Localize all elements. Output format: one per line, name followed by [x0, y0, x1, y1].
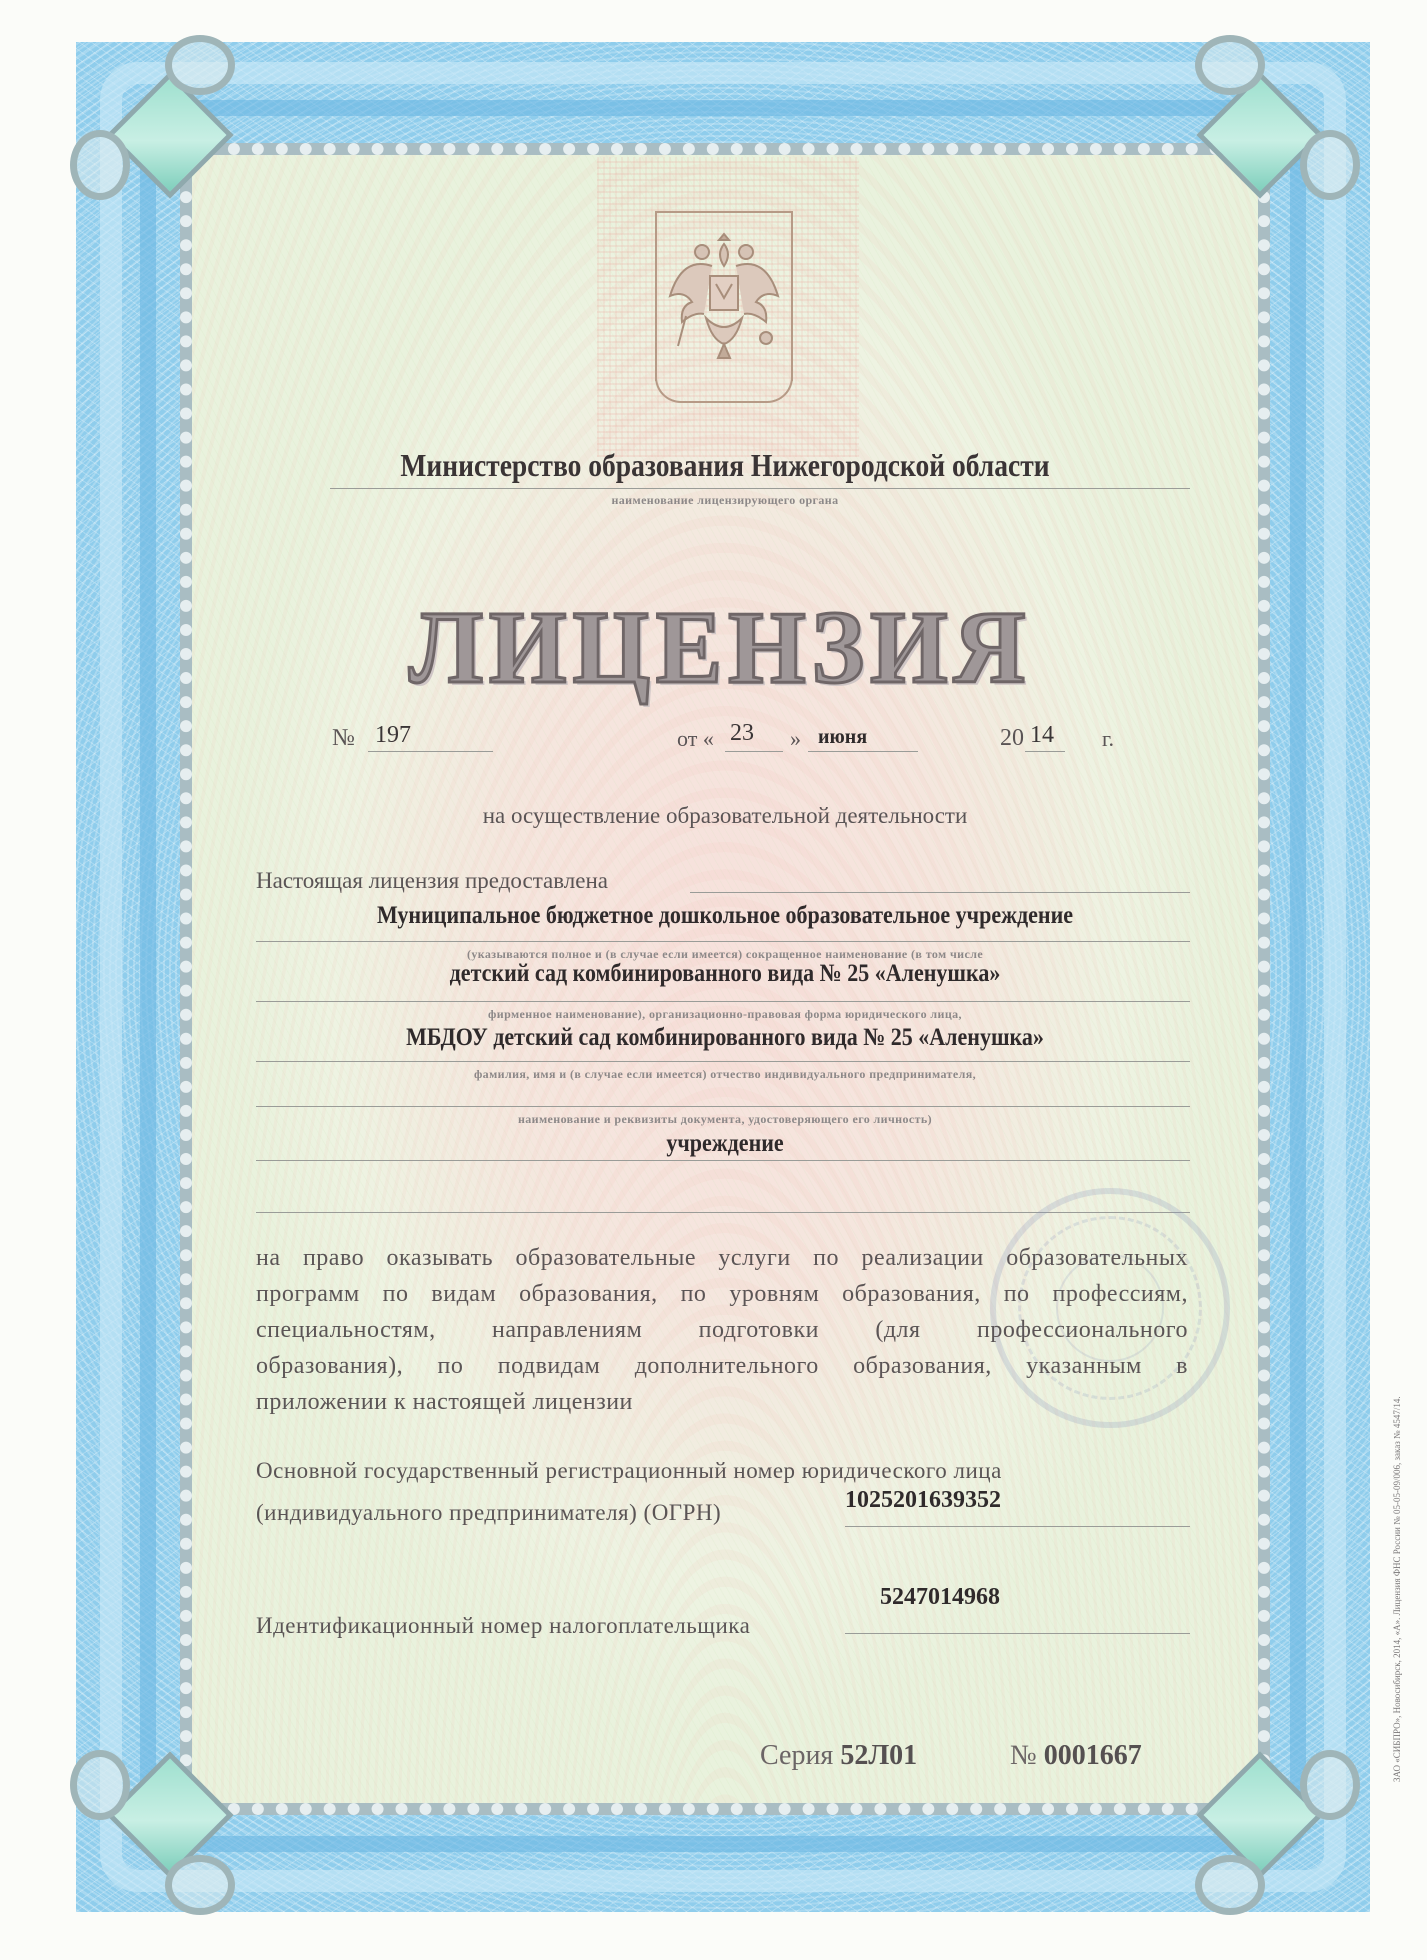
corner-ornament-icon: [70, 35, 270, 235]
issuing-authority-caption: наименование лицензирующего органа: [250, 493, 1200, 508]
caption-entrepreneur: фамилия, имя и (в случае если имеется) о…: [250, 1067, 1200, 1082]
underline: [845, 1633, 1190, 1634]
licensee-full-name-line1: Муниципальное бюджетное дошкольное образ…: [307, 902, 1143, 930]
underline: [256, 1061, 1190, 1062]
caption-legal-form: фирменное наименование), организационно-…: [250, 1007, 1200, 1022]
series-label: Серия: [760, 1740, 833, 1771]
corner-ornament-icon: [1160, 1715, 1360, 1915]
rights-line: программ по видам образования, по уровня…: [256, 1276, 1188, 1312]
ogrn-value: 1025201639352: [845, 1487, 1001, 1514]
underline: [256, 1106, 1190, 1107]
ogrn-label-line1: Основной государственный регистрационный…: [256, 1458, 1002, 1484]
rights-line: образования), по подвидам дополнительног…: [256, 1348, 1188, 1384]
underline: [808, 751, 918, 752]
double-headed-eagle-icon: [662, 226, 786, 366]
underline: [690, 892, 1190, 893]
license-purpose: на осуществление образовательной деятель…: [250, 803, 1200, 829]
date-month: июня: [818, 726, 867, 749]
date-day: 23: [730, 720, 754, 747]
granted-to-label: Настоящая лицензия предоставлена: [256, 868, 608, 894]
form-number-label: №: [1010, 1740, 1037, 1771]
printer-imprint: ЗАО «СИБПРО», Новосибирск, 2014, «А». Ли…: [1392, 1396, 1402, 1782]
form-number-value: 0001667: [1044, 1740, 1142, 1771]
document-title: ЛИЦЕНЗИЯ: [394, 588, 1047, 707]
underline: [256, 941, 1190, 942]
licensee-short-name: МБДОУ детский сад комбинированного вида …: [307, 1024, 1143, 1052]
issuing-authority: Министерство образования Нижегородской о…: [317, 447, 1134, 484]
underline: [1025, 751, 1065, 752]
corner-ornament-icon: [1160, 35, 1360, 235]
underline: [368, 751, 493, 752]
rights-paragraph: на право оказывать образовательные услуг…: [256, 1240, 1188, 1420]
corner-ornament-icon: [70, 1715, 270, 1915]
rights-line: специальностям, направлениям подготовки …: [256, 1312, 1188, 1348]
year-suffix: 14: [1030, 722, 1054, 749]
year-unit: г.: [1102, 726, 1114, 752]
inn-value: 5247014968: [880, 1584, 1000, 1611]
form-series: Серия 52Л01: [760, 1740, 917, 1772]
underline: [845, 1526, 1190, 1527]
rights-line: на право оказывать образовательные услуг…: [256, 1240, 1188, 1276]
form-number: № 0001667: [1010, 1740, 1142, 1772]
underline: [256, 1160, 1190, 1161]
inn-label: Идентификационный номер налогоплательщик…: [256, 1613, 750, 1639]
underline: [330, 488, 1190, 489]
underline: [256, 1001, 1190, 1002]
ogrn-label-line2: (индивидуального предпринимателя) (ОГРН): [256, 1500, 721, 1526]
caption-identity-document: наименование и реквизиты документа, удос…: [250, 1112, 1200, 1127]
license-number: 197: [375, 722, 411, 749]
legal-form: учреждение: [307, 1130, 1143, 1158]
series-value: 52Л01: [840, 1740, 917, 1771]
date-prefix: от «: [677, 726, 714, 752]
rights-line: приложении к настоящей лицензии: [256, 1384, 1188, 1420]
licensee-full-name-line2: детский сад комбинированного вида № 25 «…: [307, 960, 1143, 988]
number-label: №: [332, 725, 355, 752]
underline: [725, 751, 783, 752]
year-prefix: 20: [1000, 725, 1024, 752]
date-day-close: »: [790, 726, 801, 752]
